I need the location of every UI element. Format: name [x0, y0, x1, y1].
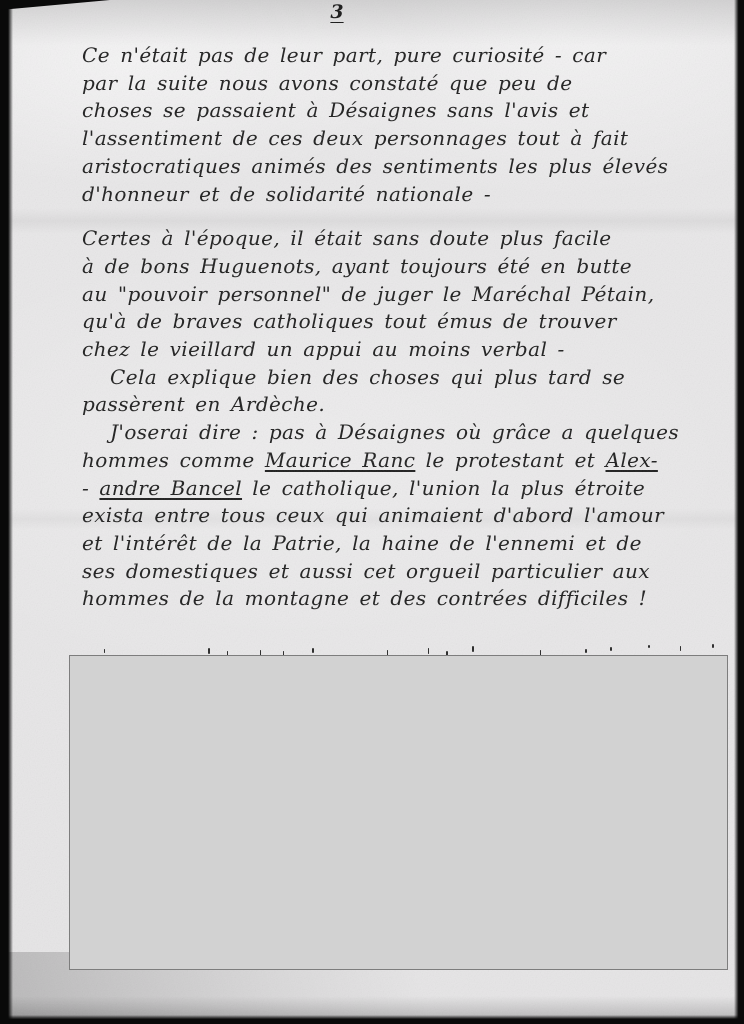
- text-segment: au "pouvoir personnel" de juger le Maréc…: [82, 282, 654, 306]
- manuscript-body: Ce n'était pas de leur part, pure curios…: [82, 42, 722, 613]
- text-segment: et l'intérêt de la Patrie, la haine de l…: [82, 531, 642, 555]
- handwritten-line: qu'à de braves catholiques tout émus de …: [82, 308, 722, 336]
- text-segment: par la suite nous avons constaté que peu…: [82, 71, 572, 95]
- scanned-manuscript-page: 3 Ce n'était pas de leur part, pure curi…: [0, 0, 744, 1024]
- ink-speck: [712, 644, 714, 648]
- text-segment: ses domestiques et aussi cet orgueil par…: [82, 559, 650, 583]
- text-segment: exista entre tous ceux qui animaient d'a…: [82, 503, 664, 527]
- ink-speck: [428, 648, 429, 654]
- redaction-overlay: [69, 655, 728, 970]
- text-segment: le protestant et: [415, 448, 605, 472]
- paragraph: J'oserai dire : pas à Désaignes où grâce…: [82, 419, 722, 613]
- text-segment: le catholique, l'union la plus étroite: [242, 476, 645, 500]
- handwritten-line: hommes comme Maurice Ranc le protestant …: [82, 447, 722, 475]
- paragraph: Cela explique bien des choses qui plus t…: [82, 364, 722, 419]
- scan-edge-right: [734, 0, 744, 1024]
- paper-top-shadow: [0, 0, 744, 46]
- ink-speck: [680, 646, 681, 651]
- handwritten-line: Ce n'était pas de leur part, pure curios…: [82, 42, 722, 70]
- text-segment: hommes de la montagne et des contrées di…: [82, 586, 647, 610]
- handwritten-line: aristocratiques animés des sentiments le…: [82, 153, 722, 181]
- text-segment: Ce n'était pas de leur part, pure curios…: [82, 43, 606, 67]
- underlined-name: andre Bancel: [99, 476, 242, 500]
- paragraph: Certes à l'époque, il était sans doute p…: [82, 225, 722, 364]
- text-segment: chez le vieillard un appui au moins verb…: [82, 337, 565, 361]
- handwritten-line: l'assentiment de ces deux personnages to…: [82, 125, 722, 153]
- text-segment: J'oserai dire : pas à Désaignes où grâce…: [110, 420, 679, 444]
- scan-edge-bottom: [0, 1015, 744, 1024]
- ink-speck: [585, 649, 587, 653]
- handwritten-line: d'honneur et de solidarité nationale -: [82, 181, 722, 209]
- paper-bottom-shadow: [0, 996, 744, 1024]
- handwritten-line: par la suite nous avons constaté que peu…: [82, 70, 722, 98]
- paragraph: Ce n'était pas de leur part, pure curios…: [82, 42, 722, 208]
- handwritten-line: choses se passaient à Désaignes sans l'a…: [82, 97, 722, 125]
- ink-speck: [104, 649, 105, 653]
- ink-speck: [208, 648, 210, 654]
- ink-speck: [648, 645, 650, 648]
- scan-edge-top-left: [0, 0, 110, 10]
- text-segment: l'assentiment de ces deux personnages to…: [82, 126, 628, 150]
- text-segment: à de bons Huguenots, ayant toujours été …: [82, 254, 632, 278]
- underlined-name: Alex-: [606, 448, 658, 472]
- ink-speck: [312, 648, 314, 653]
- handwritten-line: ses domestiques et aussi cet orgueil par…: [82, 558, 722, 586]
- handwritten-line: J'oserai dire : pas à Désaignes où grâce…: [82, 419, 722, 447]
- ink-speck: [610, 647, 612, 651]
- text-segment: passèrent en Ardèche.: [82, 392, 325, 416]
- text-segment: d'honneur et de solidarité nationale -: [82, 182, 491, 206]
- page-number: 3: [322, 1, 352, 23]
- text-segment: -: [82, 476, 99, 500]
- text-segment: aristocratiques animés des sentiments le…: [82, 154, 668, 178]
- handwritten-line: - andre Bancel le catholique, l'union la…: [82, 475, 722, 503]
- handwritten-line: exista entre tous ceux qui animaient d'a…: [82, 502, 722, 530]
- ink-speck: [472, 646, 474, 652]
- text-segment: qu'à de braves catholiques tout émus de …: [82, 309, 617, 333]
- scan-edge-left: [0, 0, 13, 1024]
- handwritten-line: passèrent en Ardèche.: [82, 391, 722, 419]
- text-segment: hommes comme: [82, 448, 265, 472]
- handwritten-line: et l'intérêt de la Patrie, la haine de l…: [82, 530, 722, 558]
- handwritten-line: hommes de la montagne et des contrées di…: [82, 585, 722, 613]
- text-segment: choses se passaient à Désaignes sans l'a…: [82, 98, 589, 122]
- handwritten-line: Cela explique bien des choses qui plus t…: [82, 364, 722, 392]
- text-segment: Cela explique bien des choses qui plus t…: [110, 365, 625, 389]
- text-segment: Certes à l'époque, il était sans doute p…: [82, 226, 612, 250]
- handwritten-line: à de bons Huguenots, ayant toujours été …: [82, 253, 722, 281]
- underlined-name: Maurice Ranc: [265, 448, 415, 472]
- handwritten-line: chez le vieillard un appui au moins verb…: [82, 336, 722, 364]
- handwritten-line: au "pouvoir personnel" de juger le Maréc…: [82, 281, 722, 309]
- handwritten-line: Certes à l'époque, il était sans doute p…: [82, 225, 722, 253]
